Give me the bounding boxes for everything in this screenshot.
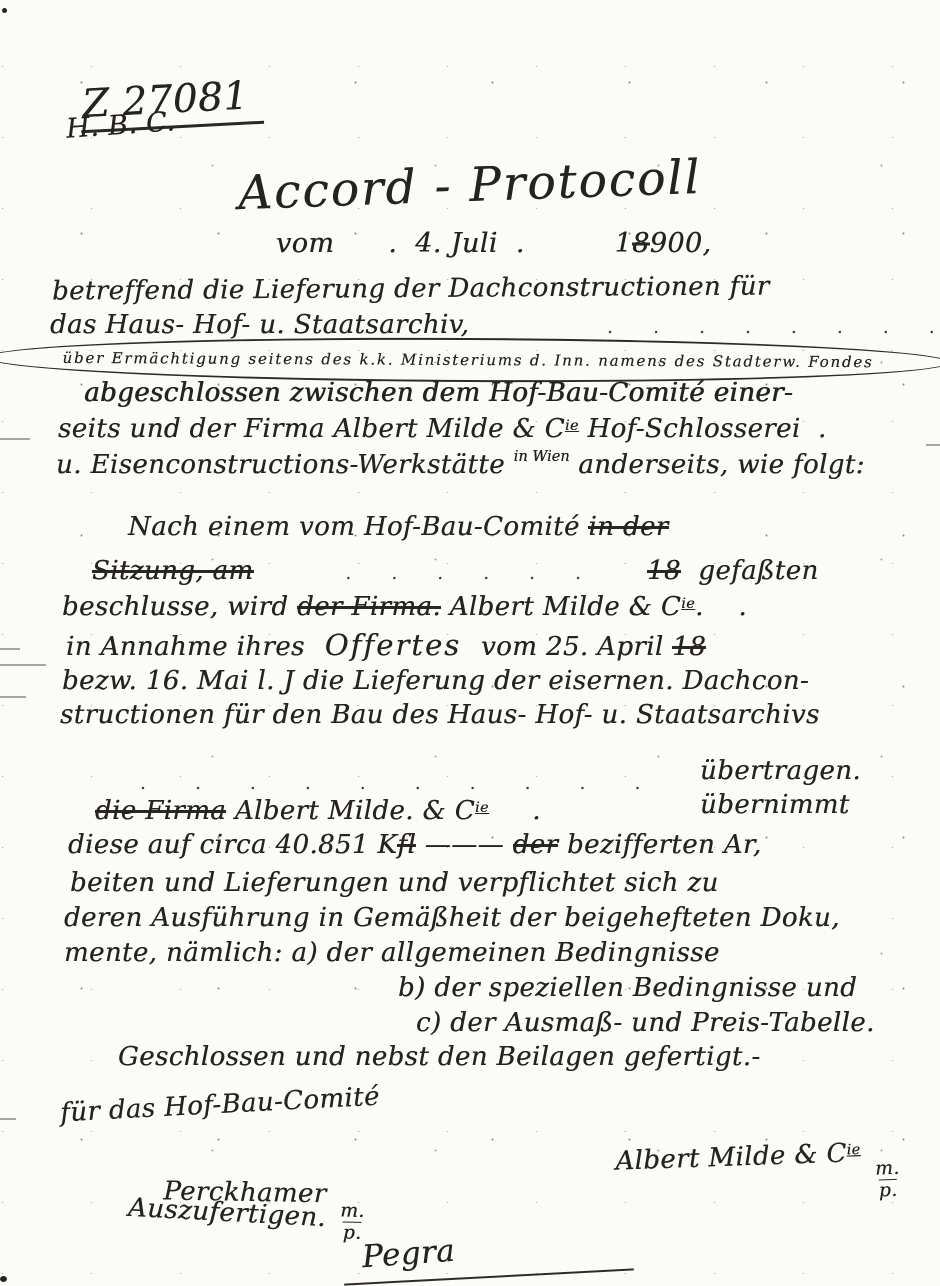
- body-line-betreffend: betreffend die Lieferung der Dachconstru…: [52, 271, 770, 306]
- body-line-summe: diese auf circa 40.851 Kfl ——— der bezif…: [68, 830, 762, 860]
- body-line-haus-hof: das Haus- Hof- u. Staatsarchiv, ........…: [50, 310, 940, 340]
- body-line-geschlossen: Geschlossen und nebst den Beilagen gefer…: [118, 1042, 761, 1072]
- signature-milde-name: Albert Milde & Cie: [615, 1138, 861, 1177]
- scan-artifact-line: [0, 1118, 16, 1120]
- scan-artifact-line: [0, 696, 26, 698]
- signature-final: Pegra: [361, 1233, 456, 1275]
- manu-propria-mark: m.p.: [875, 1159, 901, 1201]
- body-line-werkstaette: u. Eisenconstructions-Werkstätte in Wien…: [56, 450, 865, 480]
- body-line-structionen: structionen für den Bau des Haus- Hof- u…: [60, 700, 820, 730]
- scan-artifact-line: [0, 648, 20, 650]
- body-line-uebertragen: übertragen.: [700, 756, 861, 786]
- scan-artifact-line: [0, 438, 30, 440]
- date-line: vom . 4. Juli . 18900,: [276, 228, 711, 259]
- body-line-beschlusse: beschlusse, wird der Firma. Albert Milde…: [62, 592, 747, 622]
- body-line-beiten: beiten und Lieferungen und verpflichtet …: [70, 868, 719, 898]
- body-line-seits-firma: seits und der Firma Albert Milde & Cie H…: [58, 414, 827, 444]
- scanned-document-page: { "document": { "ref_number": "Z 27081",…: [0, 0, 940, 1286]
- reference-org: H. B. C.: [65, 106, 176, 145]
- body-line-b: b) der speziellen Bedingnisse und: [398, 973, 857, 1003]
- body-line-abgeschlossen: abgeschlossen zwischen dem Hof-Bau-Comit…: [84, 378, 793, 408]
- document-title: Accord - Protocoll: [237, 150, 702, 221]
- scan-artifact-line: [0, 664, 46, 666]
- scan-speck: [0, 1276, 7, 1282]
- body-line-mente-a: mente, nämlich: a) der allgemeinen Bedin…: [64, 938, 720, 968]
- body-line-c: c) der Ausmaß- und Preis-Tabelle.: [416, 1008, 875, 1038]
- insertion-oval-text: über Ermächtigung seitens des k.k. Minis…: [62, 349, 873, 371]
- body-line-sitzung: Sitzung, am ...... 18 gefaßten: [92, 556, 819, 586]
- scan-artifact-line: [926, 444, 940, 446]
- body-line-annahme-offert: in Annahme ihres Offertes vom 25. April …: [66, 628, 706, 662]
- filler-dots-row: ..........: [140, 766, 689, 796]
- body-line-bezw-mai: bezw. 16. Mai l. J die Lieferung der eis…: [62, 666, 809, 696]
- signature-committee-label: für das Hof-Bau-Comité: [59, 1082, 380, 1129]
- body-line-ausfuehrung: deren Ausführung in Gemäßheit der beigeh…: [64, 903, 840, 933]
- scan-speck: [2, 8, 7, 13]
- body-line-die-firma: die Firma Albert Milde. & Cie .: [95, 796, 541, 826]
- manu-propria-mark: m.p.: [340, 1201, 365, 1243]
- body-line-nach-einem: Nach einem vom Hof-Bau-Comité in der: [128, 512, 669, 542]
- signature-milde: Albert Milde & Ciem.p.: [596, 1107, 900, 1211]
- body-line-uebernimmt: übernimmt: [700, 790, 850, 820]
